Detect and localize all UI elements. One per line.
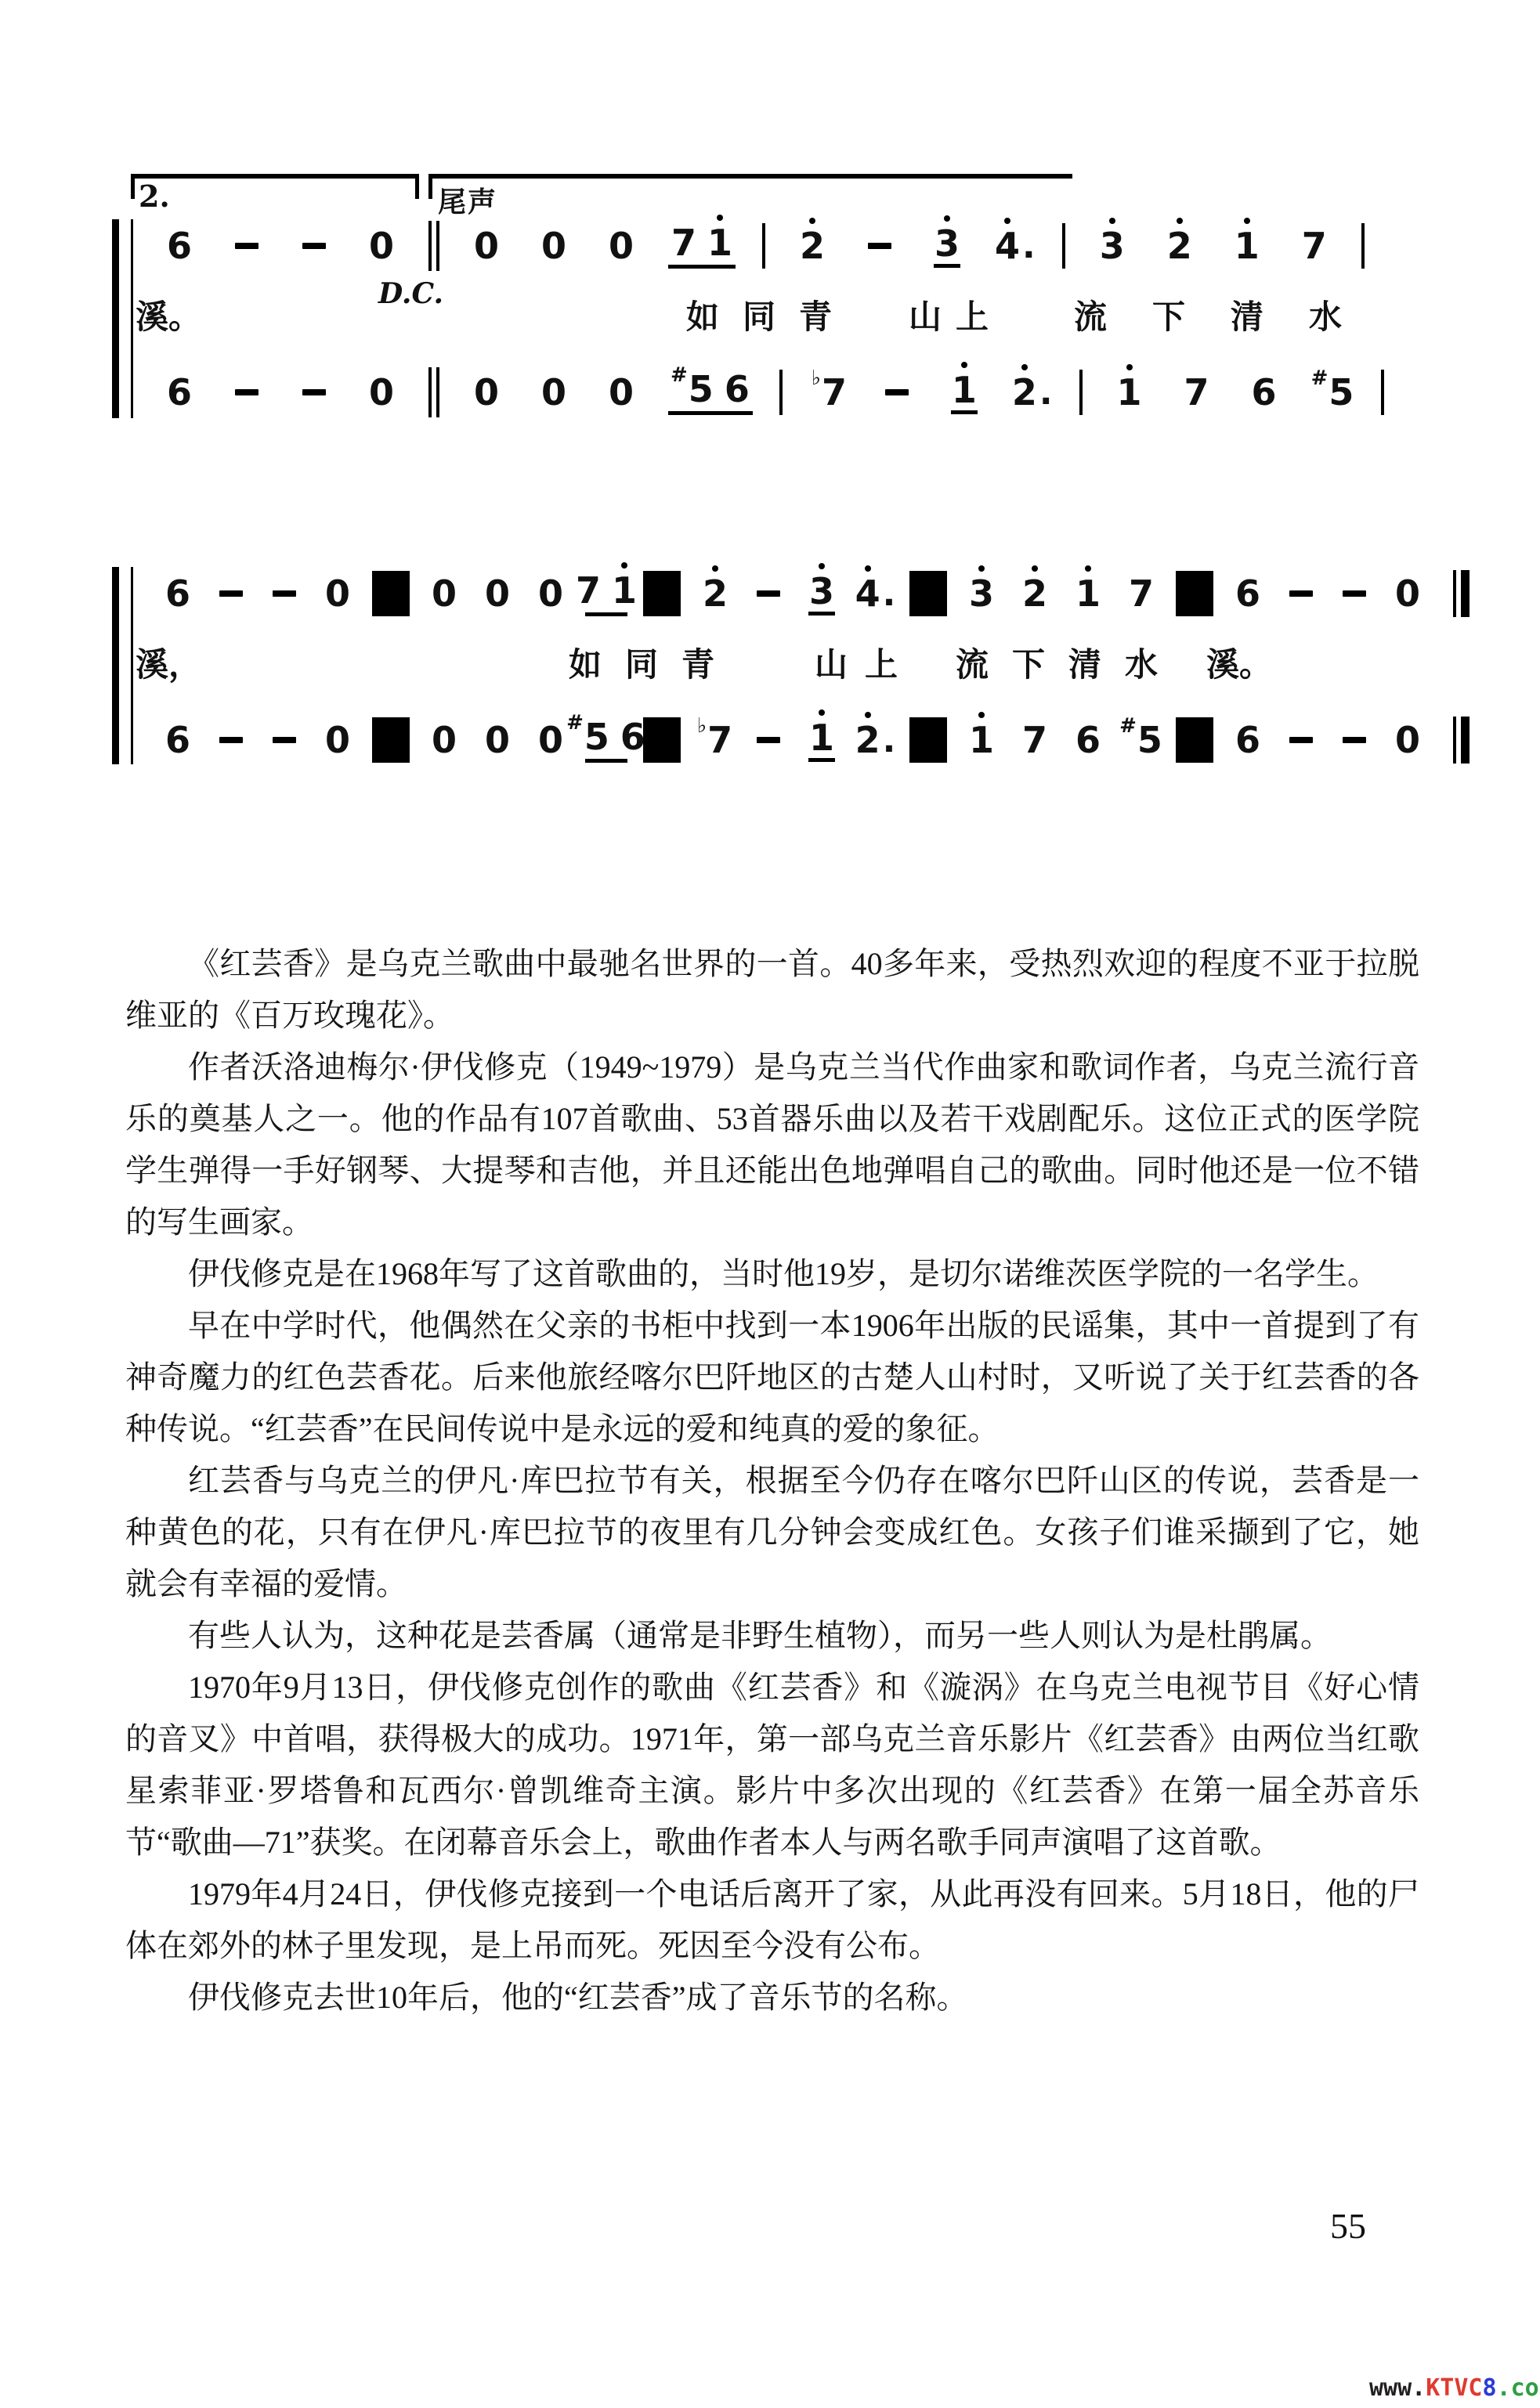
jianpu-note: 6 [620,717,646,757]
note-slot: 7 [1294,226,1335,266]
jianpu-note: 3 [1099,226,1126,266]
rest: 0 [601,226,642,266]
jianpu-note: 0 [473,373,500,413]
jianpu-note: #5 [671,370,714,410]
note-slot: 6 [1069,720,1107,760]
jianpu-note: 7 [1021,720,1048,760]
flat-accidental: ♭ [812,366,821,390]
note-slot: ♭7 [696,720,734,760]
lyric-segment: 流下清水 [956,639,1181,686]
note-slot: 2. [1011,373,1053,413]
lyric-segment: 溪， [136,639,201,686]
jianpu-note: 0 [431,574,457,614]
lyrics-row: 溪， 如同青 山上 流下清水 溪。 [153,622,1457,714]
jianpu-note: 6 [1075,720,1101,760]
barline [1176,717,1213,763]
barline [643,571,681,616]
barline [1176,571,1213,616]
sharp-accidental: # [1311,366,1329,390]
barline [762,223,765,269]
jianpu-note: 0 [540,373,567,413]
jianpu-note: 0 [537,720,564,760]
duration-dash [1282,737,1320,743]
article-paragraph: 有些人认为，这种花是芸香属（通常是非野生植物），而另一些人则认为是杜鹃属。 [125,1610,1419,1662]
note-slot: 1 [963,720,1000,760]
article-paragraph: 1979年4月24日，伊伐修克接到一个电话后离开了家，从此再没有回来。5月18日… [125,1868,1419,1972]
note-slot: 2 [792,226,833,266]
duration-dash [750,590,787,597]
note-slot: 3 [927,224,967,268]
jianpu-note: 1 [611,571,638,611]
sharp-accidental: # [671,363,688,387]
system-start-brace [112,219,133,418]
jianpu-note: 0 [324,574,351,614]
note-slot: 6 [1244,373,1285,413]
jianpu-note: 0 [608,226,634,266]
article-paragraph: 早在中学时代，他偶然在父亲的书柜中找到一本1906年出版的民谣集，其中一首提到了… [125,1300,1419,1455]
jianpu-note: 0 [540,226,567,266]
rest: 0 [466,226,507,266]
voice2-notation-row: 60000#56♭712.176#560 [153,714,1457,766]
note-slot: 2 [696,574,734,614]
coda-label: 尾声 [438,180,497,220]
beamed-note-group: #56 [585,717,627,763]
jianpu-note: 0 [431,720,457,760]
songbook-page: 2. 尾声 6000071234.3217 D.C. 溪。 如同青 山上 流下清… [0,0,1540,2408]
jianpu-note: 0 [473,226,500,266]
jianpu-note: 0 [324,720,351,760]
jianpu-note: 6 [166,373,193,413]
barline [643,717,681,763]
note-slot: 6 [159,720,197,760]
duration-dash [266,590,303,597]
note-slot: 6 [159,373,200,413]
note-slot: ♭7 [809,373,850,413]
jianpu-note: 6 [164,574,191,614]
duration-dash [859,243,900,249]
note-slot: #5 [1311,373,1355,413]
note-slot: 1 [1109,373,1150,413]
jianpu-note: 3 [968,574,995,614]
note-slot: 1 [944,370,985,414]
duration-dash [750,737,787,743]
watermark: www.KTVC8.com [1369,2374,1540,2402]
jianpu-note: 6 [166,226,193,266]
jianpu-note: 7 [671,223,697,263]
duration-dash [1336,737,1373,743]
rest: 0 [532,720,569,760]
barline [909,717,947,763]
note-slot: 1 [803,718,840,762]
note-slot: 7 [1122,574,1160,614]
rest: 0 [1389,574,1426,614]
augmentation-dot: . [883,720,896,760]
rest: 0 [479,574,516,614]
watermark-part: KTVC [1426,2374,1482,2402]
note-slot: 4. [856,574,894,614]
duration-dash [226,243,267,249]
article-paragraph: 作者沃洛迪梅尔·伊伐修克（1949~1979）是乌克兰当代作曲家和歌词作者，乌克… [125,1042,1419,1248]
barline [372,571,410,616]
jianpu-note: 0 [1394,720,1421,760]
jianpu-note: 1 [707,223,733,263]
note-slot: 3 [963,574,1000,614]
barline [1079,370,1083,415]
lyric-segment: 流下清水 [1074,291,1387,338]
beamed-note-group: #56 [668,370,753,415]
rest: 0 [319,720,356,760]
jianpu-note: 1 [968,720,995,760]
note-slot: #5 [1122,720,1160,760]
jianpu-note: 0 [608,373,634,413]
music-system-1: 2. 尾声 6000071234.3217 D.C. 溪。 如同青 山上 流下清… [153,171,1457,418]
augmentation-dot: . [1022,226,1036,266]
duration-dash [1282,590,1320,597]
note-slot: 4. [994,226,1036,266]
note-slot: 6 [1229,574,1267,614]
duration-dash [212,737,250,743]
rest: 0 [601,373,642,413]
rest: 0 [466,373,507,413]
lyric-segment: 山上 [909,291,1003,338]
note-slot: 2 [1016,574,1054,614]
article-paragraph: 1970年9月13日，伊伐修克创作的歌曲《红芸香》和《漩涡》在乌克兰电视节目《好… [125,1662,1419,1868]
duration-dash [877,389,917,395]
song-notes-article: 《红芸香》是乌克兰歌曲中最驰名世界的一首。40多年来，受热烈欢迎的程度不亚于拉脱… [125,938,1419,2024]
jianpu-note: 0 [368,226,395,266]
rest: 0 [319,574,356,614]
jianpu-note: 1 [1075,574,1101,614]
jianpu-note: 2. [1011,373,1053,413]
jianpu-note: 0 [537,574,564,614]
note-slot: 2. [856,720,894,760]
jianpu-note: 4. [994,226,1036,266]
jianpu-note: 6 [164,720,191,760]
jianpu-note: 0 [484,574,511,614]
jianpu-note: ♭7 [812,373,848,413]
lyric-segment: 如同青 [686,291,855,338]
duration-dash [212,590,250,597]
jianpu-note: 2 [799,226,826,266]
rest: 0 [533,226,574,266]
note-slot: 7 [1177,373,1217,413]
jianpu-note: 6 [1251,373,1278,413]
duration-dash [294,389,334,395]
barline [1361,223,1365,269]
barline [372,717,410,763]
lyric-segment: 山上 [815,639,915,686]
rest: 0 [1389,720,1426,760]
rest: 0 [361,373,402,413]
lyric-segment: 溪。 [1206,639,1272,686]
rest: 0 [532,574,569,614]
note-slot: 1 [1227,226,1267,266]
article-paragraph: 红芸香与乌克兰的伊凡·库巴拉节有关，根据至今仍存在喀尔巴阡山区的传说，芸香是一种… [125,1455,1419,1610]
duration-dash [294,243,334,249]
augmentation-dot: . [1039,373,1053,413]
flat-accidental: ♭ [697,714,707,738]
rest: 0 [361,226,402,266]
lyric-segment: 如同青 [569,639,738,686]
augmentation-dot: . [883,574,896,614]
jianpu-note: 1 [808,718,835,762]
sharp-accidental: # [1119,714,1137,738]
final-barline [1442,717,1480,764]
music-system-2: 6000071234.321760 溪， 如同青 山上 流下清水 溪。 6000… [153,565,1457,766]
jianpu-note: 2. [855,720,896,760]
sharp-accidental: # [566,711,584,735]
jianpu-note: 0 [484,720,511,760]
note-slot: 1 [1069,574,1107,614]
final-barline [1442,570,1480,617]
rest: 0 [479,720,516,760]
jianpu-note: 4. [855,574,896,614]
jianpu-note: 3 [808,572,835,616]
jianpu-note: 2 [1166,226,1193,266]
jianpu-note: 1 [1116,373,1143,413]
system-start-brace [112,567,133,764]
jianpu-note: 6 [1235,720,1261,760]
article-paragraph: 伊伐修克是在1968年写了这首歌曲的，当时他19岁，是切尔诺维茨医学院的一名学生… [125,1248,1419,1300]
note-slot: 3 [1092,226,1133,266]
jianpu-note: 7 [1301,226,1328,266]
jianpu-note: #5 [566,717,610,757]
double-barline [428,221,439,271]
note-slot: 2 [1159,226,1200,266]
jianpu-note: 6 [724,370,750,410]
lyrics-row: 溪。 如同青 山上 流下清水 [153,274,1457,366]
rest: 0 [425,574,463,614]
coda-bracket: 尾声 [428,174,1072,202]
page-number: 55 [1330,2205,1366,2247]
jianpu-note: 2 [702,574,728,614]
jianpu-note: ♭7 [697,720,733,760]
barline [1062,223,1065,269]
volta-bracket-2: 2. [131,174,419,202]
voice1-notation-row: 6000071234.321760 [153,565,1457,622]
beamed-note-group: 71 [585,571,627,616]
beamed-note-group: 71 [668,223,736,269]
jianpu-note: 3 [934,224,960,268]
duration-dash [1336,590,1373,597]
barline [1381,370,1384,415]
volta-label: 2. [139,179,170,214]
jianpu-note: 2 [1021,574,1048,614]
rest: 0 [425,720,463,760]
bracket-row: 2. 尾声 [153,171,1457,218]
jianpu-note: 6 [1235,574,1261,614]
watermark-part: www. [1369,2374,1426,2402]
jianpu-note: 7 [1128,574,1155,614]
article-paragraph: 《红芸香》是乌克兰歌曲中最驰名世界的一首。40多年来，受热烈欢迎的程度不亚于拉脱… [125,938,1419,1042]
jianpu-note: 1 [1234,226,1260,266]
lyric-segment: 溪。 [136,291,201,338]
double-barline [428,367,439,417]
duration-dash [226,389,267,395]
voice1-notation-row: 6000071234.3217 [153,218,1457,274]
jianpu-note: 7 [1184,373,1210,413]
note-slot: 6 [1229,720,1267,760]
jianpu-note: #5 [1119,720,1163,760]
barline [779,370,783,415]
jianpu-note: #5 [1311,373,1355,413]
watermark-part: .com [1497,2374,1540,2402]
duration-dash [266,737,303,743]
jianpu-note: 7 [575,571,602,611]
note-slot: 6 [159,226,200,266]
note-slot: 6 [159,574,197,614]
note-slot: 3 [803,572,840,616]
barline [909,571,947,616]
article-paragraph: 伊伐修克去世10年后，他的“红芸香”成了音乐节的名称。 [125,1972,1419,2024]
voice2-notation-row: 60000#56♭712.176#5 [153,366,1457,418]
jianpu-note: 0 [1394,574,1421,614]
rest: 0 [533,373,574,413]
jianpu-note: 0 [368,373,395,413]
watermark-part: 8 [1483,2374,1497,2402]
note-slot: 7 [1016,720,1054,760]
jianpu-note: 1 [951,370,978,414]
